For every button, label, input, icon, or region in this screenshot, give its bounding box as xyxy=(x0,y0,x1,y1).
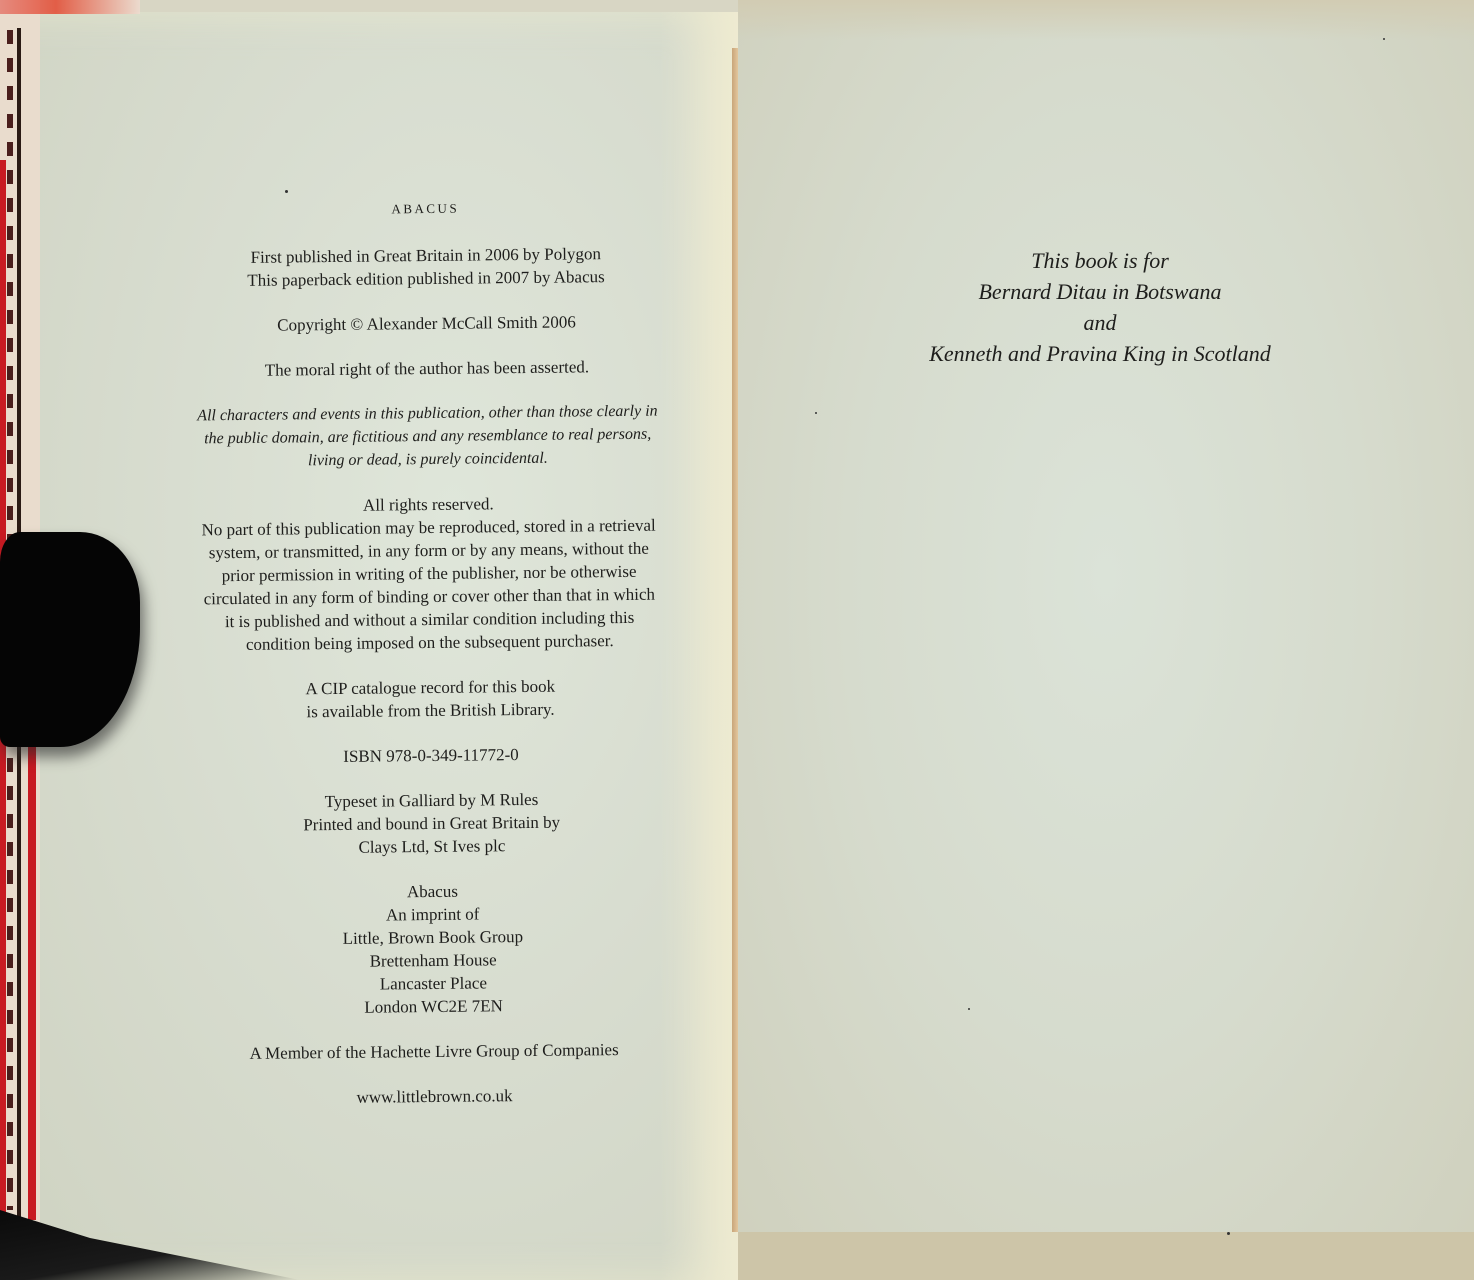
dedication-line: and xyxy=(880,307,1320,338)
paper-speck xyxy=(1227,1232,1230,1235)
group-membership-line: A Member of the Hachette Livre Group of … xyxy=(154,1037,714,1066)
publisher-address: Abacus An imprint of Little, Brown Book … xyxy=(152,877,713,1021)
dedication-text: This book is for Bernard Ditau in Botswa… xyxy=(880,245,1320,369)
isbn: ISBN 978-0-349-11772-0 xyxy=(151,741,711,770)
paper-speck xyxy=(285,190,288,193)
dedication-line: Bernard Ditau in Botswana xyxy=(880,276,1320,307)
cover-red-strip-inner xyxy=(28,700,36,1220)
website-line: www.littlebrown.co.uk xyxy=(154,1082,714,1111)
isbn-line: ISBN 978-0-349-11772-0 xyxy=(151,741,711,770)
dedication-line: This book is for xyxy=(880,245,1320,276)
open-book-spread: ABACUS First published in Great Britain … xyxy=(0,0,1474,1280)
imprint-heading: ABACUS xyxy=(145,194,705,223)
dedication-line: Kenneth and Pravina King in Scotland xyxy=(880,338,1320,369)
copyright-line: Copyright © Alexander McCall Smith 2006 xyxy=(146,309,706,338)
cip-notice: A CIP catalogue record for this book is … xyxy=(150,673,710,725)
cover-top-bleed xyxy=(0,0,140,14)
publisher-website: www.littlebrown.co.uk xyxy=(154,1082,714,1111)
rights-reserved-notice: All rights reserved. No part of this pub… xyxy=(148,490,710,657)
publication-history: First published in Great Britain in 2006… xyxy=(146,241,706,293)
publication-line: This paperback edition published in 2007… xyxy=(146,264,706,293)
cip-line: is available from the British Library. xyxy=(150,696,710,725)
copyright-notice: Copyright © Alexander McCall Smith 2006 xyxy=(146,309,706,338)
production-line: Clays Ltd, St Ives plc xyxy=(152,832,712,861)
production-credits: Typeset in Galliard by M Rules Printed a… xyxy=(151,786,712,861)
moral-right-notice: The moral right of the author has been a… xyxy=(147,354,707,383)
book-gutter xyxy=(732,48,738,1232)
dedication-page xyxy=(738,0,1474,1280)
fiction-disclaimer: All characters and events in this public… xyxy=(147,399,708,474)
moral-right-line: The moral right of the author has been a… xyxy=(147,354,707,383)
address-line: London WC2E 7EN xyxy=(154,992,714,1021)
paper-speck xyxy=(815,412,817,414)
paper-speck xyxy=(1383,38,1385,40)
group-membership: A Member of the Hachette Livre Group of … xyxy=(154,1037,714,1066)
copyright-text-block: ABACUS First published in Great Britain … xyxy=(145,187,715,1133)
paper-speck xyxy=(968,1008,970,1010)
